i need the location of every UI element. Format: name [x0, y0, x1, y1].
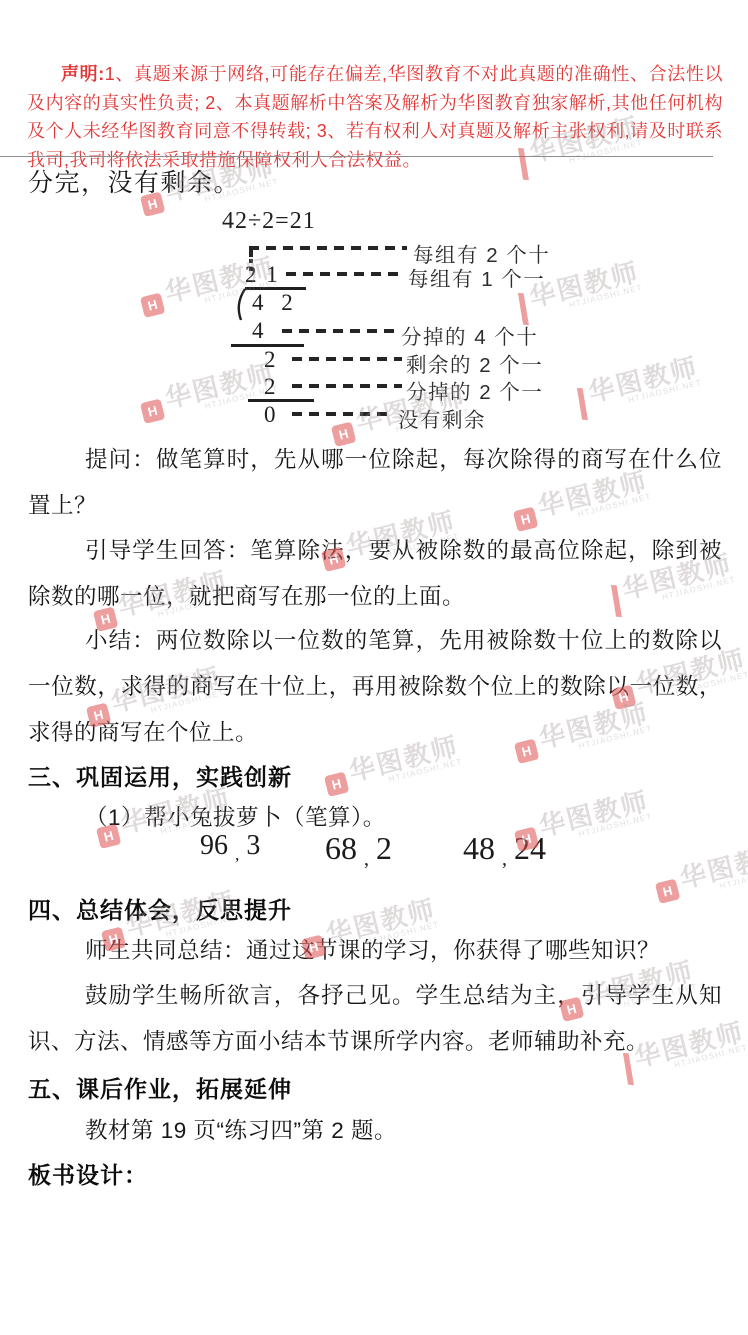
dash-line-4 — [292, 357, 402, 361]
annotation-5: 分掉的 2 个一 — [406, 375, 543, 405]
dash-line-3 — [282, 329, 394, 333]
dividend: 4 2 — [252, 290, 299, 316]
annotation-4: 剩余的 2 个一 — [406, 348, 543, 378]
dash-line-1 — [249, 246, 407, 250]
step-ones: 2 — [264, 374, 278, 400]
paragraph-encourage: 鼓励学生畅所欲言，各抒己见。学生总结为主，引导学生从知识、方法、情感等方面小结本… — [28, 973, 722, 1065]
paragraph-homework: 教材第 19 页“练习四”第 2 题。 — [28, 1108, 722, 1154]
step-tens: 4 — [252, 318, 266, 344]
division-bracket — [228, 288, 248, 322]
huatu-logo-icon: H — [140, 399, 165, 424]
division-equation: 42÷2=21 — [222, 208, 316, 235]
heading-board-design: 板书设计： — [28, 1152, 722, 1198]
problem-2: 68,2 — [325, 830, 392, 867]
paragraph-question: 提问：做笔算时，先从哪一位除起，每次除得的商写在什么位置上？ — [28, 437, 722, 529]
paragraph-intro: 分完，没有剩余。 — [28, 160, 722, 206]
huatu-flag-icon — [573, 387, 590, 422]
heading-section-three: 三、巩固运用，实践创新 — [28, 754, 722, 800]
paragraph-conclude: 师生共同总结：通过这节课的学习，你获得了哪些知识？ — [28, 928, 722, 974]
paragraph-summary: 小结：两位数除以一位数的笔算，先用被除数十位上的数除以一位数，求得的商写在十位上… — [28, 618, 722, 756]
problem-2-divisor: 2 — [376, 830, 392, 866]
watermark-site-text: HTJIAOSHI.NET — [169, 384, 280, 420]
heading-section-five: 五、课后作业，拓展延伸 — [28, 1066, 722, 1112]
problem-3: 48,24 — [463, 830, 546, 867]
watermark-huatu: H华图教师HTJIAOSHI.NET — [137, 359, 279, 426]
annotation-2: 每组有 1 个一 — [408, 262, 545, 292]
step-zero: 0 — [264, 402, 278, 428]
watermark-text: 华图教师 — [677, 839, 748, 893]
problem-1-divisor: 3 — [246, 830, 260, 861]
watermark-text: 华图教师 — [162, 359, 277, 413]
dash-line-2 — [286, 272, 402, 276]
document-page: H华图教师HTJIAOSHI.NET华图教师HTJIAOSHI.NETH华图教师… — [0, 0, 748, 1335]
problem-3-dividend: 48 — [463, 830, 495, 866]
divider-line — [0, 156, 713, 157]
problem-1: 96,3 — [200, 830, 260, 862]
divide-separator: , — [235, 845, 239, 865]
problem-1-dividend: 96 — [200, 830, 228, 861]
disclaimer-body: 1、真题来源于网络,可能存在偏差,华图教育不对此真题的准确性、合法性以及内容的真… — [27, 64, 723, 170]
subtraction-line-2 — [248, 399, 314, 402]
watermark-text: 华图教师 — [586, 353, 701, 407]
heading-section-four: 四、总结体会，反思提升 — [28, 887, 722, 933]
huatu-logo-icon: H — [140, 293, 165, 318]
watermark-site-text: HTJIAOSHI.NET — [533, 283, 644, 319]
annotation-6: 没有剩余 — [398, 403, 486, 433]
problem-2-dividend: 68 — [325, 830, 357, 866]
paragraph-guide: 引导学生回答：笔算除法，要从被除数的最高位除起，除到被除数的哪一位，就把商写在那… — [28, 528, 722, 620]
dash-line-5 — [292, 384, 402, 388]
problem-3-divisor: 24 — [514, 830, 546, 866]
dash-line-6 — [292, 412, 394, 416]
watermark-site-text: HTJIAOSHI.NET — [592, 378, 703, 414]
step-remainder: 2 — [264, 347, 278, 373]
watermark-huatu: 华图教师HTJIAOSHI.NET — [572, 353, 704, 422]
divide-separator: , — [502, 848, 507, 871]
disclaimer-label: 声明: — [61, 64, 105, 84]
quotient: 2 1 — [245, 262, 280, 288]
divide-separator: , — [364, 848, 369, 871]
annotation-3: 分掉的 4 个十 — [401, 320, 538, 350]
